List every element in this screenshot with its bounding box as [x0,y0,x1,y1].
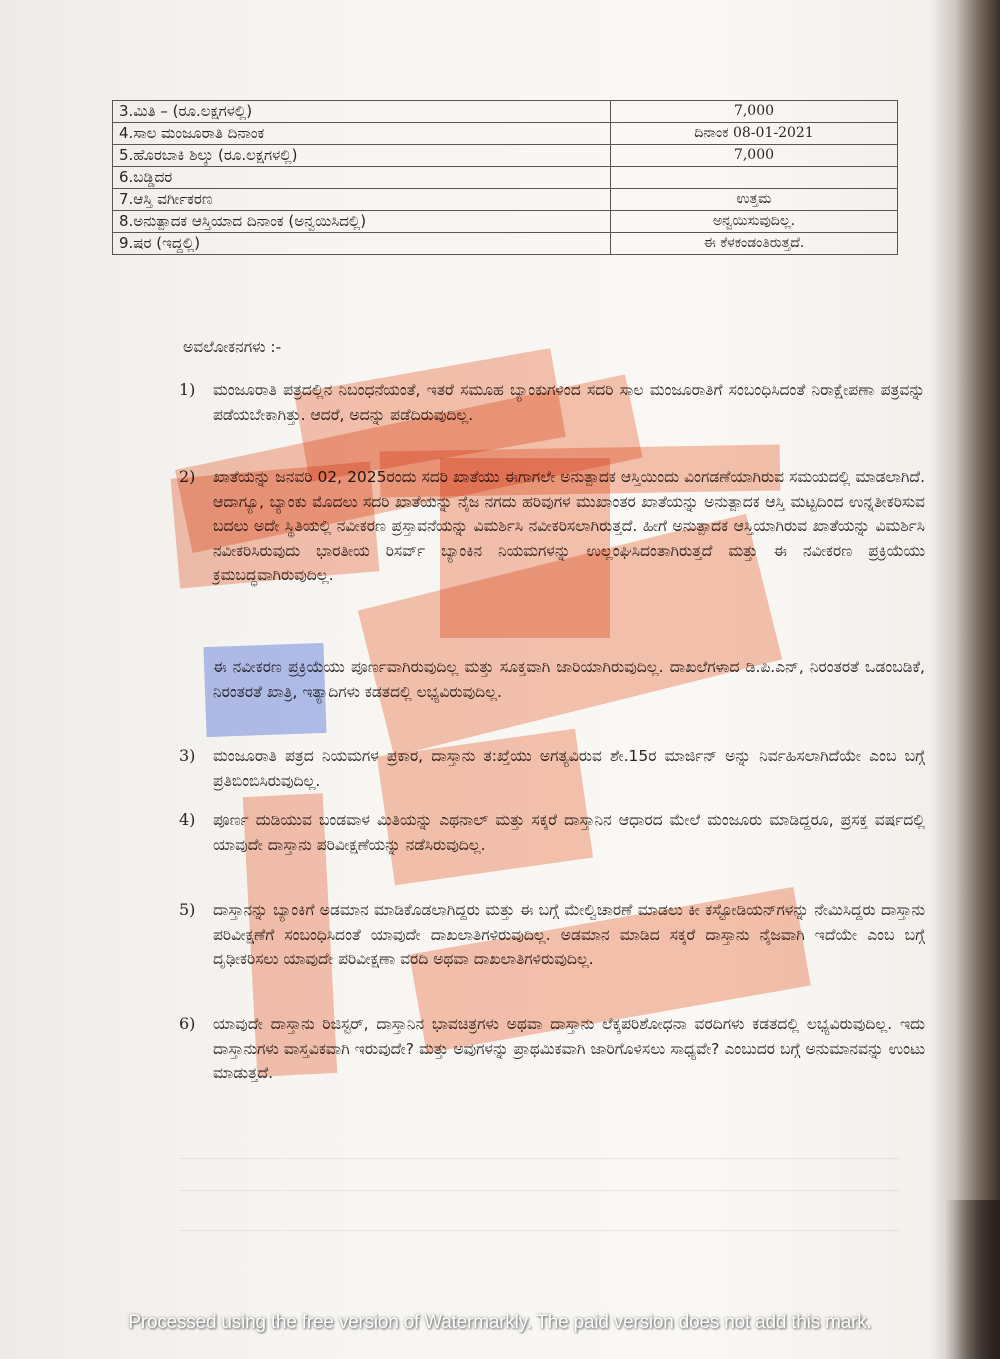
table-row: 6.ಬಡ್ಡಿದರ [113,167,898,189]
item-number: 3) [179,744,195,769]
highlight-mark-blue [203,643,326,737]
observations-title: ಅವಲೋಕನಗಳು :- [183,338,281,357]
highlight-mark [243,793,338,1077]
table-row: 5.ಹೊರಬಾಕಿ ಶಿಲ್ಕು (ರೂ.ಲಕ್ಷಗಳಲ್ಲಿ)7,000 [113,145,898,167]
row-label: 3.ಮಿತಿ – (ರೂ.ಲಕ್ಷಗಳಲ್ಲಿ) [113,101,611,123]
bleed-through-line [180,1190,900,1191]
page-shadow [930,0,1000,1359]
row-value: ಅನ್ವಯಿಸುವುದಿಲ್ಲ. [611,211,898,233]
row-label: 7.ಆಸ್ತಿ ವರ್ಗೀಕರಣ [113,189,611,211]
item-number: 1) [179,378,195,403]
row-label: 9.ಷರ (ಇದ್ದಲ್ಲಿ) [113,233,611,255]
table-row: 4.ಸಾಲ ಮಂಜೂರಾತಿ ದಿನಾಂಕದಿನಾಂಕ 08-01-2021 [113,123,898,145]
page-shadow [945,1200,1000,1359]
row-value: ದಿನಾಂಕ 08-01-2021 [611,123,898,145]
item-number: 4) [179,808,195,833]
highlight-mark [377,729,593,886]
row-value: ಈ ಕೆಳಕಂಡಂತಿರುತ್ತದೆ. [611,233,898,255]
bleed-through-line [180,1230,900,1231]
item-number: 6) [179,1012,195,1037]
bleed-through-line [180,1158,900,1159]
row-value [611,167,898,189]
highlight-mark [171,461,380,588]
table-row: 7.ಆಸ್ತಿ ವರ್ಗೀಕರಣಉತ್ತಮ [113,189,898,211]
row-label: 6.ಬಡ್ಡಿದರ [113,167,611,189]
row-value: 7,000 [611,145,898,167]
loan-info-table: 3.ಮಿತಿ – (ರೂ.ಲಕ್ಷಗಳಲ್ಲಿ)7,0004.ಸಾಲ ಮಂಜೂರ… [112,100,898,255]
row-label: 4.ಸಾಲ ಮಂಜೂರಾತಿ ದಿನಾಂಕ [113,123,611,145]
table-row: 3.ಮಿತಿ – (ರೂ.ಲಕ್ಷಗಳಲ್ಲಿ)7,000 [113,101,898,123]
row-label: 8.ಅನುತ್ಪಾದಕ ಆಸ್ತಿಯಾದ ದಿನಾಂಕ (ಅನ್ವಯಿಸಿದಲ್… [113,211,611,233]
row-value: 7,000 [611,101,898,123]
table-row: 8.ಅನುತ್ಪಾದಕ ಆಸ್ತಿಯಾದ ದಿನಾಂಕ (ಅನ್ವಯಿಸಿದಲ್… [113,211,898,233]
row-value: ಉತ್ತಮ [611,189,898,211]
table-row: 9.ಷರ (ಇದ್ದಲ್ಲಿ)ಈ ಕೆಳಕಂಡಂತಿರುತ್ತದೆ. [113,233,898,255]
item-number: 5) [179,898,195,923]
row-label: 5.ಹೊರಬಾಕಿ ಶಿಲ್ಕು (ರೂ.ಲಕ್ಷಗಳಲ್ಲಿ) [113,145,611,167]
watermark-text: Processed using the free version of Wate… [0,1312,1000,1334]
